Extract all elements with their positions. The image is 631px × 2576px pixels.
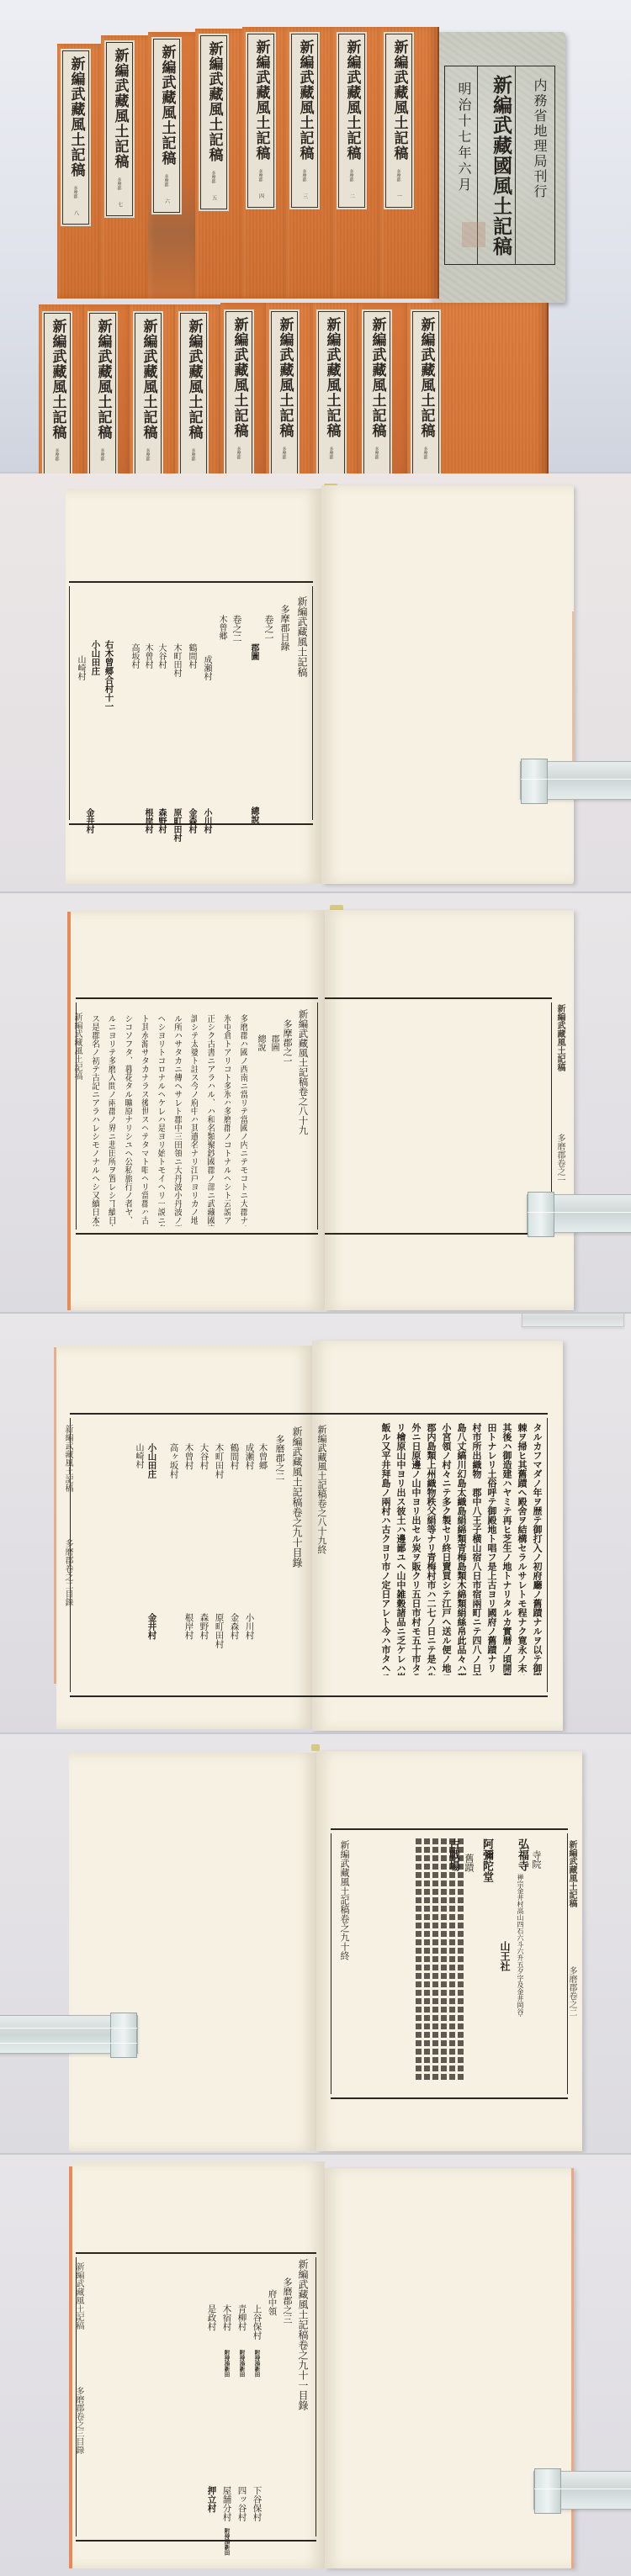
text-column: ヘシヨリトコロナルヘケレハ是ヨリ始トモイヘリ一説ニ多磨川ノ水源ハ甲州都留: [148, 1014, 165, 1226]
text-column: ル所ハサタカニ傳ヘサレト郡中三田領ニ大丹波小丹波ノ兩村アリ是古ヘ太婆ト唱: [165, 1014, 182, 1226]
cover-label: 新編武藏風土記稿多摩郡十一: [318, 311, 345, 473]
photo-spread-4: 新編武藏風土記稿卷之九十終 寺院 弘福寺 禅宗金井村高山四石六斗六升五夕字及金井…: [0, 1734, 631, 2155]
book-volume-13: 新編武藏風土記稿多摩郡十三: [220, 303, 273, 473]
cover-label: 新編武藏風土記稿多摩郡十: [363, 311, 390, 473]
chapter-end-label: 新編武藏風土記稿卷之九十終: [340, 1840, 349, 1960]
book-volume-9: 新編武藏風土記稿多摩郡九: [407, 303, 549, 473]
cover-label: 新編武藏風土記稿多摩郡一: [385, 34, 412, 208]
text-column: 多磨郡ハ國ノ西南ニ當リテ當國ノ内ニテモコトニ大郡ナリ多磨ノ名ハ安閑紀ニ多: [231, 1014, 247, 1226]
cover-series: 多摩郡: [329, 447, 335, 459]
cover-series: 多摩郡: [236, 447, 242, 459]
toc-village: 高ヶ坂村: [169, 1443, 178, 1478]
cover-title: 新編武藏風土記稿: [325, 317, 339, 438]
cover-series: 多摩郡: [349, 169, 355, 182]
text-column: 小宮領ノ村々ニテ多ク製セリ終日賣買シテ江戸ヘ送ル便ノ地ヨリ持來ルモノハ: [437, 1423, 452, 1675]
slipcase-label-frame: 内務省地理局刊行 新編武藏國風土記稿 明治十七年六月: [444, 66, 555, 265]
body-text-dense: [411, 1838, 464, 2082]
toc-annex: 附持添新田: [254, 2350, 260, 2378]
text-column: ス是郡名ノ初テ古記ニアラハレシモノナルヘシ又續日本後紀承和十二年ノ條ニ武: [82, 1014, 99, 1226]
text-column: [432, 1838, 438, 2082]
volume-number: 七: [116, 202, 124, 207]
text-column: [441, 1838, 447, 2082]
gutter-label: 新編武藏風土記稿: [61, 1425, 74, 1492]
toc-village: 木町田村: [215, 1443, 224, 1478]
chapter-header: 新編武藏風土記稿卷之八十九: [298, 1009, 308, 1135]
right-page-blank: [321, 485, 574, 884]
cover-title: 新編武藏風土記稿: [96, 319, 110, 440]
cover-title: 新編武藏風土記稿: [187, 319, 201, 440]
toc-village: 根岸村: [143, 808, 151, 833]
text-column: [424, 1838, 430, 2082]
text-column: 其後ハ御造建ハヤミテ再ヒ芝生ノ地トナリタルカ實暦ノ頃開墾セラレ今ハ悉ク陸: [497, 1423, 512, 1675]
toc-header: 新編武藏風土記稿卷之九十目錄: [292, 1426, 302, 1568]
text-column: 田トナレリ土俗呼テ御殿地ト唱フ是上古ヨリ國府ノ舊蹟ナリ: [482, 1423, 497, 1675]
toc-village: 木曾村: [184, 1443, 194, 1470]
toc-manor-village: 山崎村: [134, 1443, 142, 1468]
cover-label: 新編武藏風土記稿多摩郡九: [412, 311, 439, 473]
temple-2: 阿彌陀堂: [481, 1838, 492, 1882]
left-page: 新編武藏風土記稿卷之八十九 多摩郡之一 郡圖 總說 多磨郡ハ國ノ西南ニ當リテ當國…: [71, 910, 325, 1310]
cover-series: 多摩郡: [396, 169, 402, 182]
gutter-subtitle: 多磨郡卷之二目錄: [61, 1539, 74, 1606]
acrylic-page-holder: [527, 1194, 631, 1233]
gutter-subtitle: 多磨郡卷之一: [554, 1134, 566, 1184]
shrine-1: 山王社: [500, 1941, 510, 1971]
toc-village: 成瀬村: [202, 655, 210, 680]
text-column: [449, 1838, 455, 2082]
toc-village: 押立村: [207, 2486, 216, 2513]
cover-series: 多摩郡: [302, 169, 308, 182]
toc-intro: 總說: [249, 807, 257, 823]
cover-series: 多摩郡: [374, 447, 380, 459]
book-volume-11: 新編武藏風土記稿多摩郡十一: [313, 303, 365, 473]
photo-book-covers: 内務省地理局刊行 新編武藏國風土記稿 明治十七年六月 新編武藏風土記稿多摩郡八新…: [0, 0, 631, 473]
volume-number: 六: [163, 198, 171, 204]
cover-title: 新編武藏風土記稿: [207, 41, 221, 162]
temple-1-note: 禅宗金井村高山四石六斗六升五夕字及金井岡谷山ノ下ニアリ: [517, 1874, 523, 2017]
text-column: ト其水源サタカナラス後世スヘテタマト唱ヘリ當郡ハ古ヘ入間郡ヘカナ人家モア: [132, 1014, 149, 1226]
toc-vol1: 卷之一: [264, 615, 273, 643]
toc-village: 森野村: [199, 1613, 209, 1640]
page-frame: [325, 997, 552, 1235]
cover-label: 新編武藏風土記稿多摩郡十七: [44, 313, 71, 473]
text-column: 正シク古書ニアラハル、ハ和名類聚鈔國郡ノ部ニ武藏國府多磨郡ニアリト多磨ナ: [198, 1014, 215, 1226]
map-label: 郡圖: [269, 1034, 278, 1051]
photo-spread-5: 新編武藏風土記稿卷之九十一目錄 多磨郡之三 府中領 新編武藏風土記稿 多磨郡卷之…: [0, 2155, 631, 2576]
volume-number: 三: [301, 193, 309, 198]
gutter-subtitle: 多磨郡卷之二: [565, 1966, 578, 2017]
cover-title: 新編武藏風土記稿: [370, 317, 384, 438]
left-page-blank: [69, 1753, 316, 2151]
toc-district: 多磨郡之三: [283, 2277, 292, 2324]
toc-manor-village-1: 山崎村: [76, 655, 84, 680]
toc-district: 多磨郡之二: [275, 1435, 284, 1481]
volume-number: 五: [210, 195, 218, 200]
toc-village: 是政村: [207, 2304, 216, 2331]
toc-map: 郡圖: [249, 643, 257, 660]
cover-series: 多摩郡: [55, 448, 61, 461]
text-column: 棘ヲ掃ヒ其舊蹟ヘ殿舍ヲ結構セラルサレトモ程ナク寛永ノ末ニ丙丁ノ災ニ罹リ: [512, 1423, 528, 1675]
cover-label: 新編武藏風土記稿多摩郡十二: [271, 311, 298, 473]
bookmark-tab: [311, 1744, 320, 1751]
book-volume-8: 新編武藏風土記稿多摩郡一: [380, 27, 439, 299]
toc-village: 金森村: [230, 1613, 239, 1640]
gutter-label: 新編武藏風土記稿: [72, 2262, 85, 2330]
toc-header: 新編武藏風土記稿: [297, 596, 307, 677]
book-volume-15: 新編武藏風土記稿多摩郡十五: [130, 304, 182, 473]
toc-annex: 附持添新田: [239, 2350, 245, 2378]
gutter-title: 新編武藏風土記稿: [565, 1840, 578, 1907]
page-frame: [76, 2252, 316, 2542]
volume-number: 一: [395, 193, 403, 198]
book-volume-12: 新編武藏風土記稿多摩郡十二: [266, 303, 320, 473]
cover-title: 新編武藏風土記稿: [160, 45, 174, 166]
text-column: タルカフマダノ年ヲ歴テ御打入ノ初府廳ノ舊蹟ナルヲ以テ御殿ノ設トレテ荊: [528, 1423, 543, 1675]
volume-number: 八: [72, 210, 80, 215]
text-column: 氷屯倉トアリコト多氷ハ多磨郡ノコトナルヘシト云説アレト得タリトモ思ハレス: [215, 1014, 231, 1226]
toc-district: 木曾郷: [217, 615, 225, 640]
toc-village: 大谷村: [156, 643, 165, 669]
toc-sub-district: 木曾郷: [258, 1443, 268, 1470]
body-text: 多磨郡ハ國ノ西南ニ當リテ當國ノ内ニテモコトニ大郡ナリ多磨ノ名ハ安閑紀ニ多氷屯倉ト…: [82, 1014, 247, 1226]
cover-title: 新編武藏風土記稿: [141, 319, 156, 440]
toc-village: 森野村: [156, 808, 165, 833]
text-column: シコソフタ、暮花タル曠原ナリシユヘ公私旅行ノ者ヤ、モスレハ飢寒疾病ノ患ア: [115, 1014, 132, 1226]
right-page: 新編武藏風土記稿卷之九十終 寺院 弘福寺 禅宗金井村高山四石六斗六升五夕字及金井…: [316, 1751, 582, 2151]
book-volume-16: 新編武藏風土記稿多摩郡十六: [84, 304, 136, 473]
cover-series: 多摩郡: [423, 447, 429, 459]
photo-spread-2: 新編武藏風土記稿卷之八十九 多摩郡之一 郡圖 總說 多磨郡ハ國ノ西南ニ當リテ當國…: [0, 893, 631, 1314]
text-column: 外ニ日原邊ノ山中ヨリ出セル炭ヲ販クリ五日市村モ五十市タテリ此所ハ炭市ナ: [406, 1423, 422, 1675]
temple-1: 弘福寺: [517, 1838, 528, 1871]
toc-subheader: 多摩郡目錄: [280, 605, 289, 651]
toc-summary: 右木曾郷合村十一: [104, 640, 114, 711]
cover-label: 新編武藏風土記稿多摩郡五: [200, 35, 227, 209]
toc-annex: 附持添新田: [224, 2528, 230, 2556]
toc-village: 大谷村: [199, 1443, 209, 1470]
cover-title: 新編武藏風土記稿: [232, 317, 247, 438]
toc-manor: 小山田庄: [147, 1443, 156, 1478]
cover-label: 新編武藏風土記稿多摩郡十三: [225, 311, 252, 473]
cover-title: 新編武藏風土記稿: [419, 317, 433, 438]
text-column: 飯ル又平井拜島ノ兩村ハ古クヨリ市ノ定日アレト今ハ市タヘスナリヌ: [376, 1423, 391, 1675]
text-column: ルニヨリテ多磨入間ノ兩郡ノ界ニ悲田所ヲ置レシヿ續日本後紀天長十年ノ條ニノ: [99, 1014, 116, 1226]
cover-series: 多摩郡: [282, 447, 288, 459]
acrylic-page-holder: [533, 2471, 631, 2510]
toc-village: 小川村: [245, 1613, 254, 1640]
text-column: 村市所出織物 郡中八王子横山宿八日市宿兩町ニテ四八ノ日市タテリ織物ハ上田: [467, 1423, 482, 1675]
section-ruins: 舊蹟: [464, 1854, 474, 1872]
slipcase-cover: 内務省地理局刊行 新編武藏國風土記稿 明治十七年六月: [431, 32, 565, 303]
toc-village: 金森村: [187, 808, 195, 833]
cover-label: 新編武藏風土記稿多摩郡三: [291, 34, 318, 208]
toc-village: 木曾村: [143, 643, 151, 669]
text-column: 島八丈縞川幻島太織島絹綿類青梅島類木綿類絹絲帛此品々ハ郡中由井領三田領: [452, 1423, 467, 1675]
volume-number: 四: [257, 193, 265, 198]
cover-series: 多摩郡: [258, 169, 264, 182]
toc-village: 屋舗分村: [222, 2486, 231, 2521]
slipcase-publisher: 内務省地理局刊行: [530, 66, 549, 264]
text-column: リ檜原山中ヨリ出ス彼土ハ邊鄙ユヘ山中雑穀諸品ニ乏ケレハ炭ヲ出シ交易レテ: [391, 1423, 406, 1675]
gutter-subtitle: 多磨郡卷之三目錄: [72, 2387, 85, 2454]
chapter-end-label: 新編武藏風土記稿卷之八十九終: [317, 1425, 326, 1554]
toc-manor-village-2: 金井村: [84, 808, 93, 833]
toc-village: 下谷保村: [252, 2486, 262, 2521]
toc-header: 新編武藏風土記稿卷之九十一目錄: [298, 2259, 308, 2410]
acrylic-page-holder: [520, 761, 631, 800]
left-page: 新編武藏風土記稿卷之九十一目錄 多磨郡之三 府中領 新編武藏風土記稿 多磨郡卷之…: [72, 2161, 325, 2568]
left-page: 新編武藏風土記稿 多摩郡目錄 卷之一 郡圖 總說 卷之二 木曾郷 右木曾郷合村十…: [66, 489, 321, 884]
book-volume-17: 新編武藏風土記稿多摩郡十七: [39, 304, 91, 473]
cover-label: 新編武藏風土記稿多摩郡十四: [180, 313, 207, 473]
cover-label: 新編武藏風土記稿多摩郡八: [62, 50, 89, 225]
toc-village: 青柳村: [237, 2304, 247, 2331]
toc-annex: 附持添新田: [224, 2350, 230, 2378]
gutter-title: 新編武藏風土記稿: [554, 1004, 566, 1071]
right-page: [325, 910, 574, 1310]
toc-village: 原町田村: [215, 1613, 224, 1648]
toc-village: 上谷保村: [252, 2304, 262, 2340]
photo-spread-1: 新編武藏風土記稿 多摩郡目錄 卷之一 郡圖 總說 卷之二 木曾郷 右木曾郷合村十…: [0, 473, 631, 893]
cover-title: 新編武藏風土記稿: [392, 40, 406, 161]
toc-vol2: 卷之二: [232, 615, 241, 643]
acrylic-page-holder-edge: [522, 1314, 624, 1327]
cover-label: 新編武藏風土記稿多摩郡十六: [89, 313, 116, 473]
text-column: 郡内島類上州織物秩父絹等ナリ青梅村市ハ二七ノ日ニテ是ハ生産ノ青梅島ノミ: [422, 1423, 437, 1675]
volume-number: 二: [348, 193, 356, 198]
toc-village: 金井村: [147, 1613, 156, 1640]
cover-title: 新編武藏風土記稿: [69, 56, 83, 177]
cover-title: 新編武藏風土記稿: [278, 317, 292, 438]
cover-label: 新編武藏風土記稿多摩郡十五: [135, 313, 162, 473]
district-title: 多摩郡之一: [283, 1019, 292, 1066]
cover-title: 新編武藏風土記稿: [345, 40, 359, 161]
intro-label: 總說: [256, 1034, 264, 1051]
toc-village: 成瀬村: [245, 1443, 254, 1470]
acrylic-page-holder: [0, 2015, 138, 2054]
toc-village: 木宿村: [222, 2304, 231, 2331]
text-column: 訓シテ太婆ト註ス今ノ府中ハ其遺名ナリ江戸ヨリカノ地ヘ六里ニ及ヘリ郡名ノ起: [182, 1014, 199, 1226]
toc-manor: 小山田庄: [91, 640, 100, 675]
toc-village: 木町田村: [172, 643, 180, 677]
cover-title: 新編武藏風土記稿: [298, 40, 312, 161]
body-text: タルカフマダノ年ヲ歴テ御打入ノ初府廳ノ舊蹟ナルヲ以テ御殿ノ設トレテ荊棘ヲ掃ヒ其舊…: [374, 1423, 543, 1675]
section-temples: 寺院: [532, 1850, 541, 1869]
right-page: 新編武藏風土記稿卷之八十九終 タルカフマダノ年ヲ歴テ御打入ノ初府廳ノ舊蹟ナルヲ以…: [312, 1341, 563, 1731]
seal-stamp: [462, 222, 485, 247]
photo-spread-3: 新編武藏風土記稿卷之九十目錄 多磨郡之二 木曾郷 小山田庄 山崎村 新編武藏風土…: [0, 1314, 631, 1734]
cover-series: 多摩郡: [191, 448, 197, 461]
text-column: [416, 1838, 422, 2082]
cover-label: 新編武藏風土記稿多摩郡四: [247, 34, 274, 208]
cover-series: 多摩郡: [164, 174, 170, 187]
toc-sub-district: 府中領: [268, 2289, 277, 2316]
cover-title: 新編武藏風土記稿: [254, 40, 268, 161]
cover-series: 多摩郡: [100, 448, 106, 461]
cover-label: 新編武藏風土記稿多摩郡二: [338, 34, 365, 208]
toc-village: 四ッ谷村: [237, 2486, 247, 2521]
cover-title: 新編武藏風土記稿: [50, 319, 65, 440]
book-volume-10: 新編武藏風土記稿多摩郡十: [358, 303, 414, 473]
book-volume-14: 新編武藏風土記稿多摩郡十四: [175, 304, 227, 473]
gutter-label: 新編武藏風土記稿: [71, 1013, 83, 1080]
toc-village: 鶴間村: [230, 1443, 239, 1470]
toc-village: 小川村: [202, 808, 210, 833]
cover-label: 新編武藏風土記稿多摩郡七: [106, 42, 133, 216]
cover-series: 多摩郡: [211, 171, 217, 183]
toc-village: 鶴間村: [187, 643, 195, 669]
cover-series: 多摩郡: [117, 177, 123, 190]
cover-series: 多摩郡: [146, 448, 151, 461]
left-page: 新編武藏風土記稿卷之九十目錄 多磨郡之二 木曾郷 小山田庄 山崎村 新編武藏風土…: [56, 1346, 312, 1729]
cover-title: 新編武藏風土記稿: [113, 48, 127, 169]
toc-village: 原町田村: [172, 808, 180, 842]
cover-series: 多摩郡: [73, 186, 79, 198]
toc-village: 根岸村: [184, 1613, 194, 1640]
text-column: [458, 1838, 464, 2082]
toc-village: 高坂村: [130, 643, 138, 669]
cover-label: 新編武藏風土記稿多摩郡六: [153, 39, 180, 213]
